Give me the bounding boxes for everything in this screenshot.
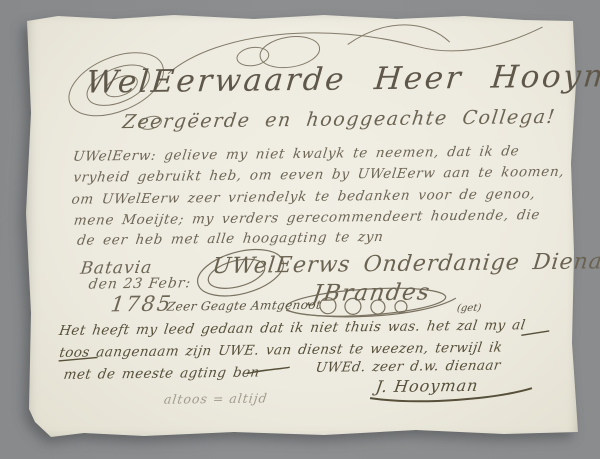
added-salutation: Zeer Geagte Amtgenoot — [166, 298, 322, 314]
reply-closing: UWEd. zeer d.w. dienaar — [315, 358, 502, 376]
salutation-line-2: Zeergëerde en hooggeachte Collega! — [121, 106, 557, 133]
added-get-mark: (get) — [456, 303, 482, 314]
reply-line-1: Het heeft my leed gedaan dat ik niet thu… — [58, 317, 527, 339]
closing-line: UWelEerws Onderdanige Dienaar — [211, 249, 600, 279]
body-line-3: om UWelEerw zeer vriendelyk te bedanken … — [71, 186, 537, 208]
brandes-signature: JBrandes — [311, 279, 433, 306]
body-line-4: mene Moeijte; my verders gerecommendeert… — [73, 207, 541, 229]
body-line-5: de eer heb met alle hoogagting te zyn — [76, 229, 384, 249]
reply-line-3: met de meeste agting ben — [63, 364, 261, 382]
pencil-note: altoos = altijd — [163, 390, 269, 406]
scanned-letter-stage: WelEerwaarde Heer Hooyman Zeergëerde en … — [0, 0, 600, 459]
body-line-1: UWelEerw: gelieve my niet kwalyk te neem… — [72, 143, 520, 164]
body-line-2: vryheid gebruikt heb, om eeven by UWelEe… — [72, 164, 565, 186]
hooyman-signature: J. Hooyman — [375, 376, 480, 396]
year-line: 1785 — [109, 292, 174, 317]
date-line: den 23 Febr: — [88, 275, 193, 292]
salutation-line-1: WelEerwaarde Heer Hooyman — [85, 58, 600, 101]
handwriting-layer: WelEerwaarde Heer Hooyman Zeergëerde en … — [0, 0, 600, 459]
